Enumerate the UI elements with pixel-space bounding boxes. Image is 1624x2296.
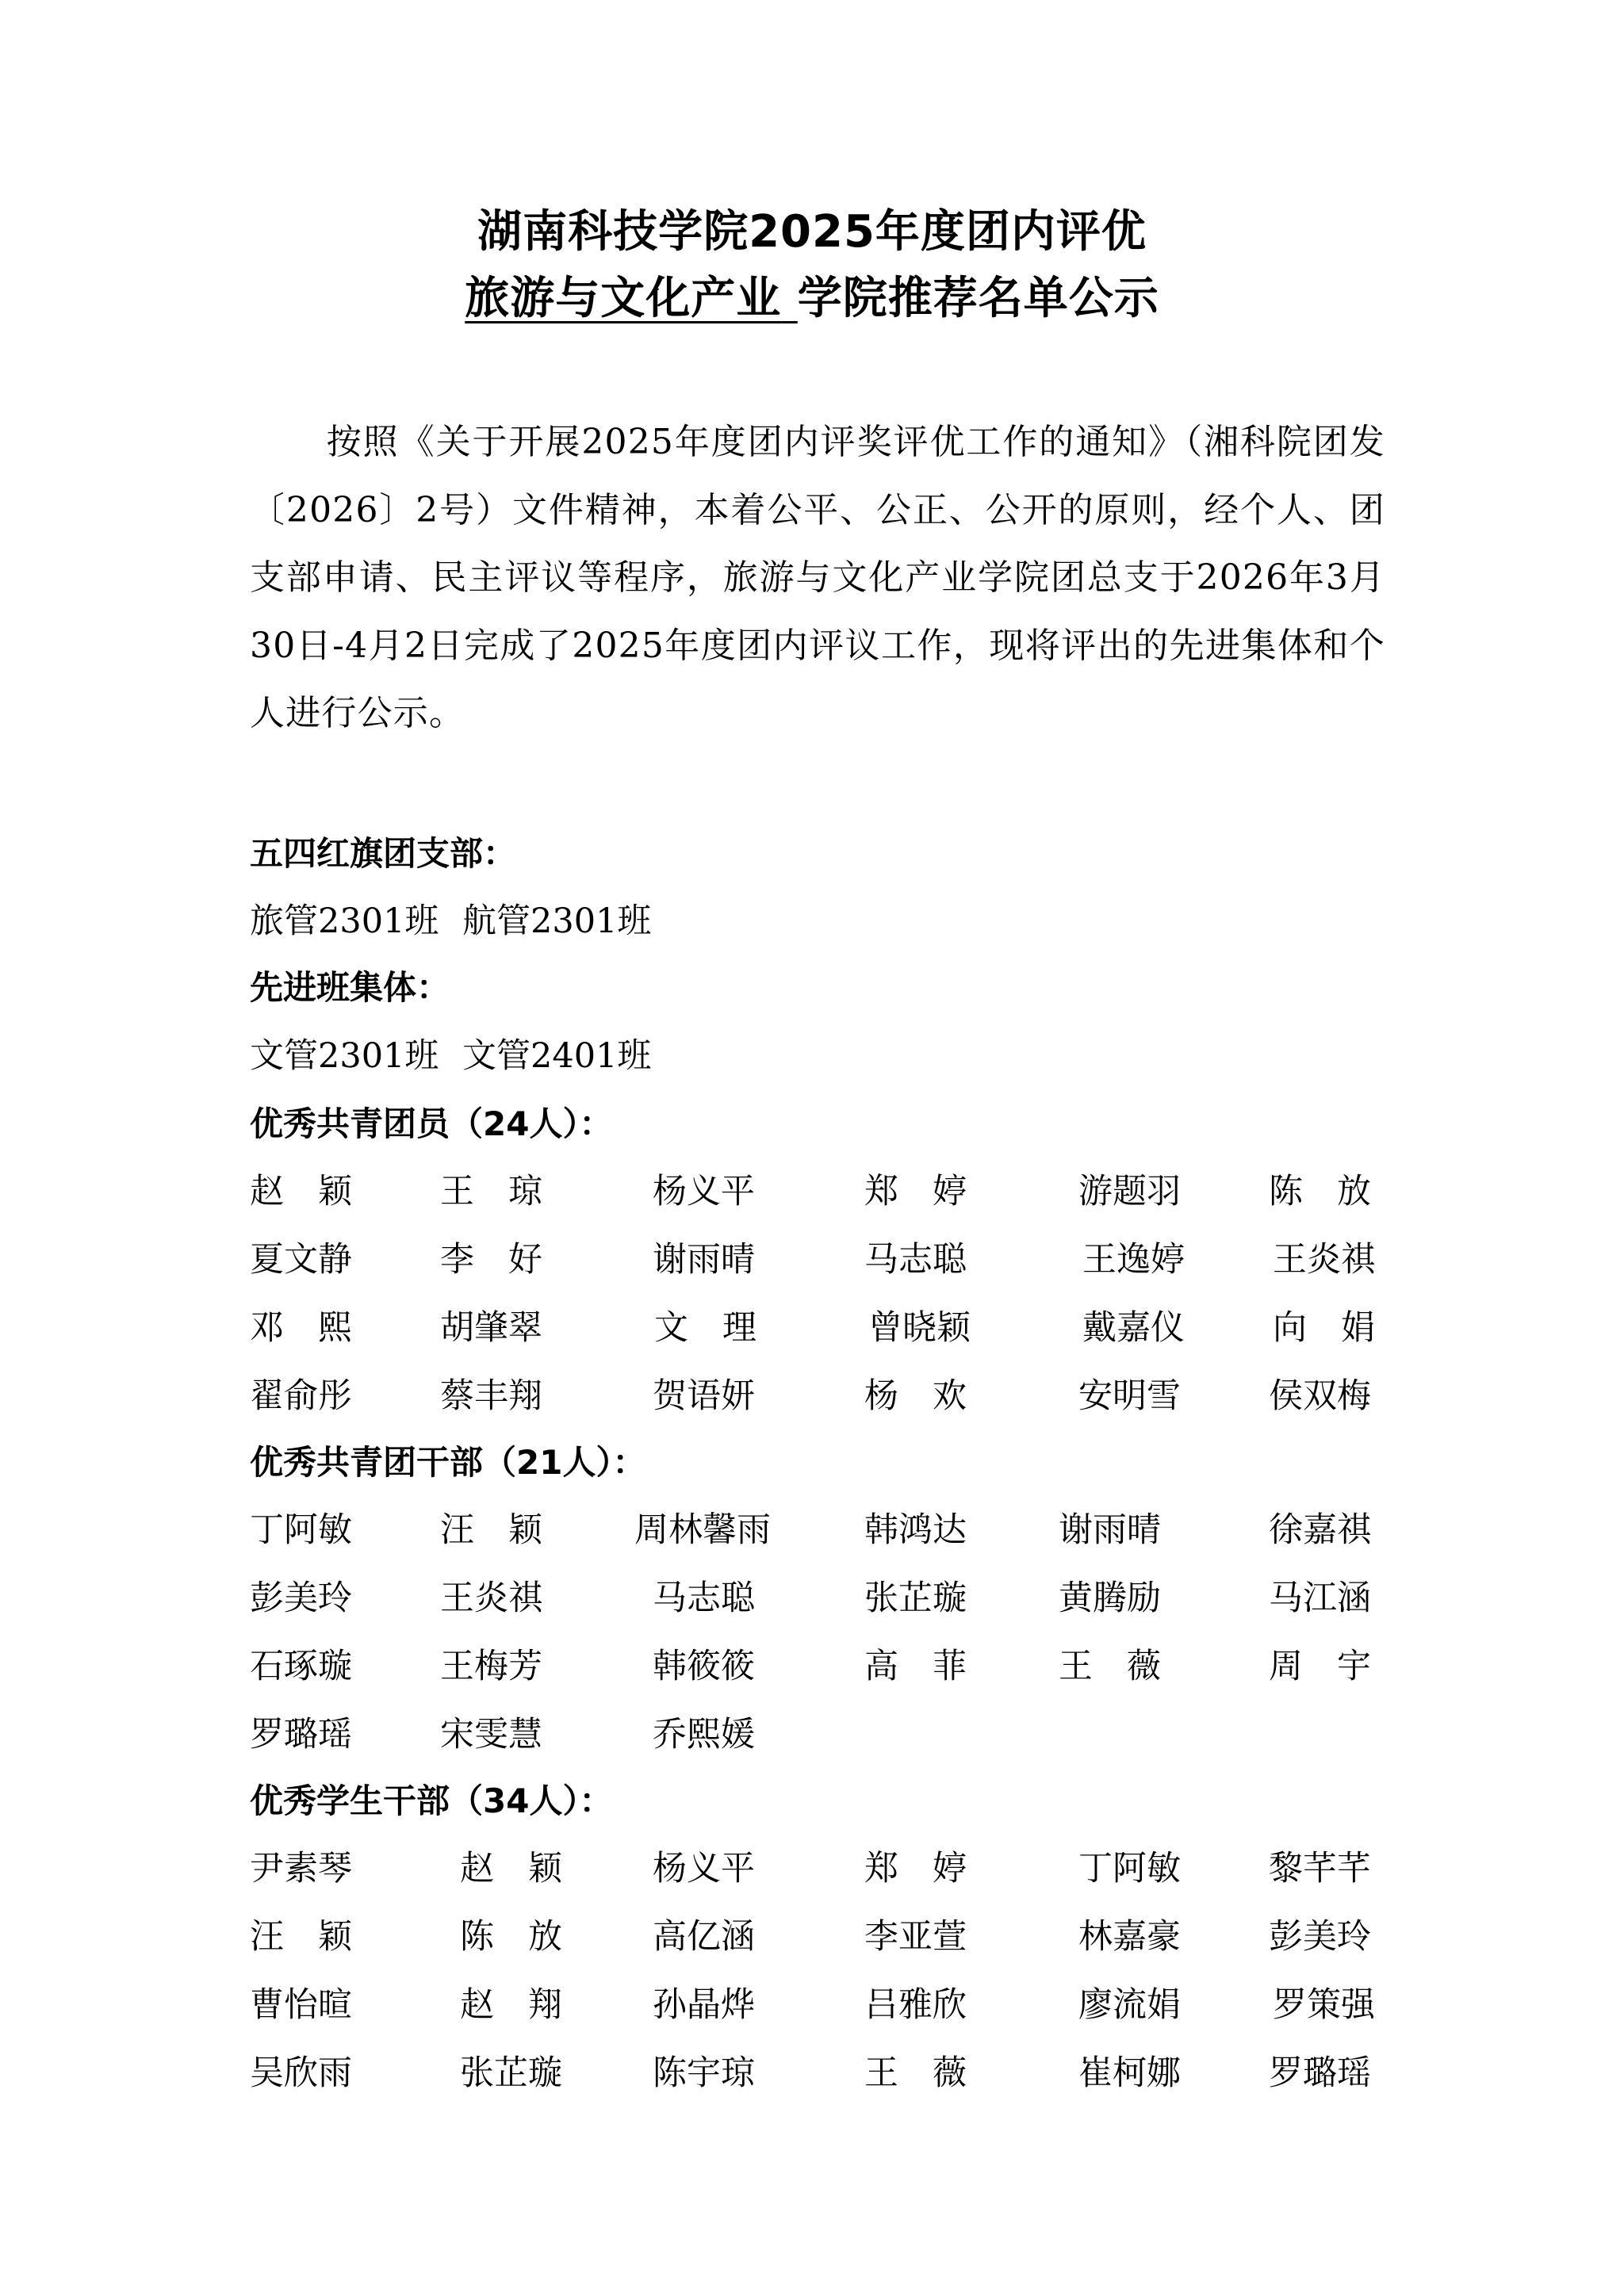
person-name: 崔柯娜: [1078, 2049, 1181, 2097]
person-name: 黎芊芊: [1269, 1845, 1371, 1892]
person-name: 贺语妍: [653, 1372, 755, 1420]
person-name: 石琢璇: [250, 1643, 352, 1690]
person-name: 乔熙媛: [653, 1711, 755, 1758]
person-name: 高亿涵: [653, 1913, 755, 1961]
person-name: 曹怡暄: [250, 1981, 352, 2029]
person-name: 赵 颖: [250, 1168, 352, 1215]
person-name: 王 薇: [864, 2049, 967, 2097]
section-heading-excellent-members: 优秀共青团员（24人）：: [250, 1100, 612, 1148]
person-name: 郑 婷: [864, 1168, 967, 1215]
person-name: 王炎祺: [440, 1575, 542, 1622]
person-name: 马志聪: [864, 1236, 967, 1284]
person-name: 向 娟: [1273, 1304, 1375, 1352]
section-heading-excellent-cadres: 优秀共青团干部（21人）：: [250, 1439, 645, 1487]
section-heading-student-cadres: 优秀学生干部（34人）：: [250, 1777, 612, 1825]
person-name: 谢雨晴: [653, 1236, 755, 1284]
person-name: 罗璐瑶: [250, 1711, 352, 1758]
person-name: 陈 放: [1269, 1168, 1371, 1215]
class-name: 文管2301班: [250, 1032, 439, 1080]
person-name: 王 薇: [1059, 1643, 1161, 1690]
person-name: 杨义平: [653, 1168, 755, 1215]
person-name: 郑 婷: [864, 1845, 967, 1892]
person-name: 彭美玲: [250, 1575, 352, 1622]
document-title-line2: 旅游与文化产业学院推荐名单公示: [0, 271, 1624, 327]
person-name: 文 理: [654, 1304, 756, 1352]
person-name: 汪 颖: [250, 1913, 352, 1961]
person-name: 汪 颖: [440, 1506, 542, 1554]
person-name: 尹素琴: [250, 1845, 352, 1892]
person-name: 马志聪: [653, 1575, 755, 1622]
person-name: 夏文静: [250, 1236, 352, 1284]
person-name: 廖流娟: [1078, 1981, 1181, 2029]
person-name: 林嘉豪: [1078, 1913, 1181, 1961]
person-name: 王梅芳: [440, 1643, 542, 1690]
person-name: 丁阿敏: [1078, 1845, 1181, 1892]
section-heading-red-flag: 五四红旗团支部：: [250, 830, 516, 878]
person-name: 罗璐瑶: [1269, 2049, 1371, 2097]
person-name: 周林馨雨: [634, 1506, 771, 1554]
person-name: 游题羽: [1078, 1168, 1181, 1215]
person-name: 杨 欢: [864, 1372, 967, 1420]
person-name: 谢雨晴: [1059, 1506, 1161, 1554]
person-name: 吴欣雨: [250, 2049, 352, 2097]
person-name: 陈 放: [460, 1913, 562, 1961]
person-name: 黄腾励: [1059, 1575, 1161, 1622]
person-name: 胡肇翠: [440, 1304, 542, 1352]
class-name: 旅管2301班: [250, 897, 439, 945]
person-name: 吕雅欣: [864, 1981, 967, 2029]
title-suffix: 学院推荐名单公示: [798, 273, 1159, 324]
person-name: 周 宇: [1269, 1643, 1371, 1690]
person-name: 罗策强: [1273, 1981, 1375, 2029]
person-name: 杨义平: [653, 1845, 755, 1892]
person-name: 赵 颖: [460, 1845, 562, 1892]
person-name: 戴嘉仪: [1082, 1304, 1185, 1352]
person-name: 李亚萱: [864, 1913, 967, 1961]
person-name: 李 好: [440, 1236, 542, 1284]
document-page: 湖南科技学院2025年度团内评优 旅游与文化产业学院推荐名单公示 按照《关于开展…: [0, 0, 1624, 2296]
section-heading-advanced-class: 先进班集体：: [250, 964, 450, 1012]
person-name: 张芷璇: [864, 1575, 967, 1622]
person-name: 韩筱筱: [653, 1643, 755, 1690]
person-name: 安明雪: [1078, 1372, 1181, 1420]
class-name: 文管2401班: [462, 1032, 651, 1080]
college-name-underlined: 旅游与文化产业: [465, 273, 798, 324]
person-name: 陈宇琼: [653, 2049, 755, 2097]
person-name: 丁阿敏: [250, 1506, 352, 1554]
intro-paragraph-text: 按照《关于开展2025年度团内评奖评优工作的通知》（湘科院团发〔2026〕2号）…: [250, 422, 1385, 733]
person-name: 王逸婷: [1082, 1236, 1185, 1284]
class-name: 航管2301班: [462, 897, 651, 945]
person-name: 马江涵: [1269, 1575, 1371, 1622]
person-name: 王 琼: [440, 1168, 542, 1215]
person-name: 曾晓颖: [868, 1304, 971, 1352]
person-name: 赵 翔: [460, 1981, 562, 2029]
person-name: 王炎祺: [1273, 1236, 1375, 1284]
person-name: 韩鸿达: [864, 1506, 967, 1554]
person-name: 邓 熙: [250, 1304, 352, 1352]
document-title-line1: 湖南科技学院2025年度团内评优: [0, 205, 1624, 260]
person-name: 徐嘉祺: [1269, 1506, 1371, 1554]
person-name: 宋雯慧: [440, 1711, 542, 1758]
person-name: 蔡丰翔: [440, 1372, 542, 1420]
person-name: 张芷璇: [460, 2049, 562, 2097]
person-name: 翟俞彤: [250, 1372, 352, 1420]
person-name: 侯双梅: [1269, 1372, 1371, 1420]
person-name: 孙晶烨: [653, 1981, 755, 2029]
person-name: 彭美玲: [1269, 1913, 1371, 1961]
intro-paragraph: 按照《关于开展2025年度团内评奖评优工作的通知》（湘科院团发〔2026〕2号）…: [250, 408, 1385, 748]
person-name: 高 菲: [864, 1643, 967, 1690]
